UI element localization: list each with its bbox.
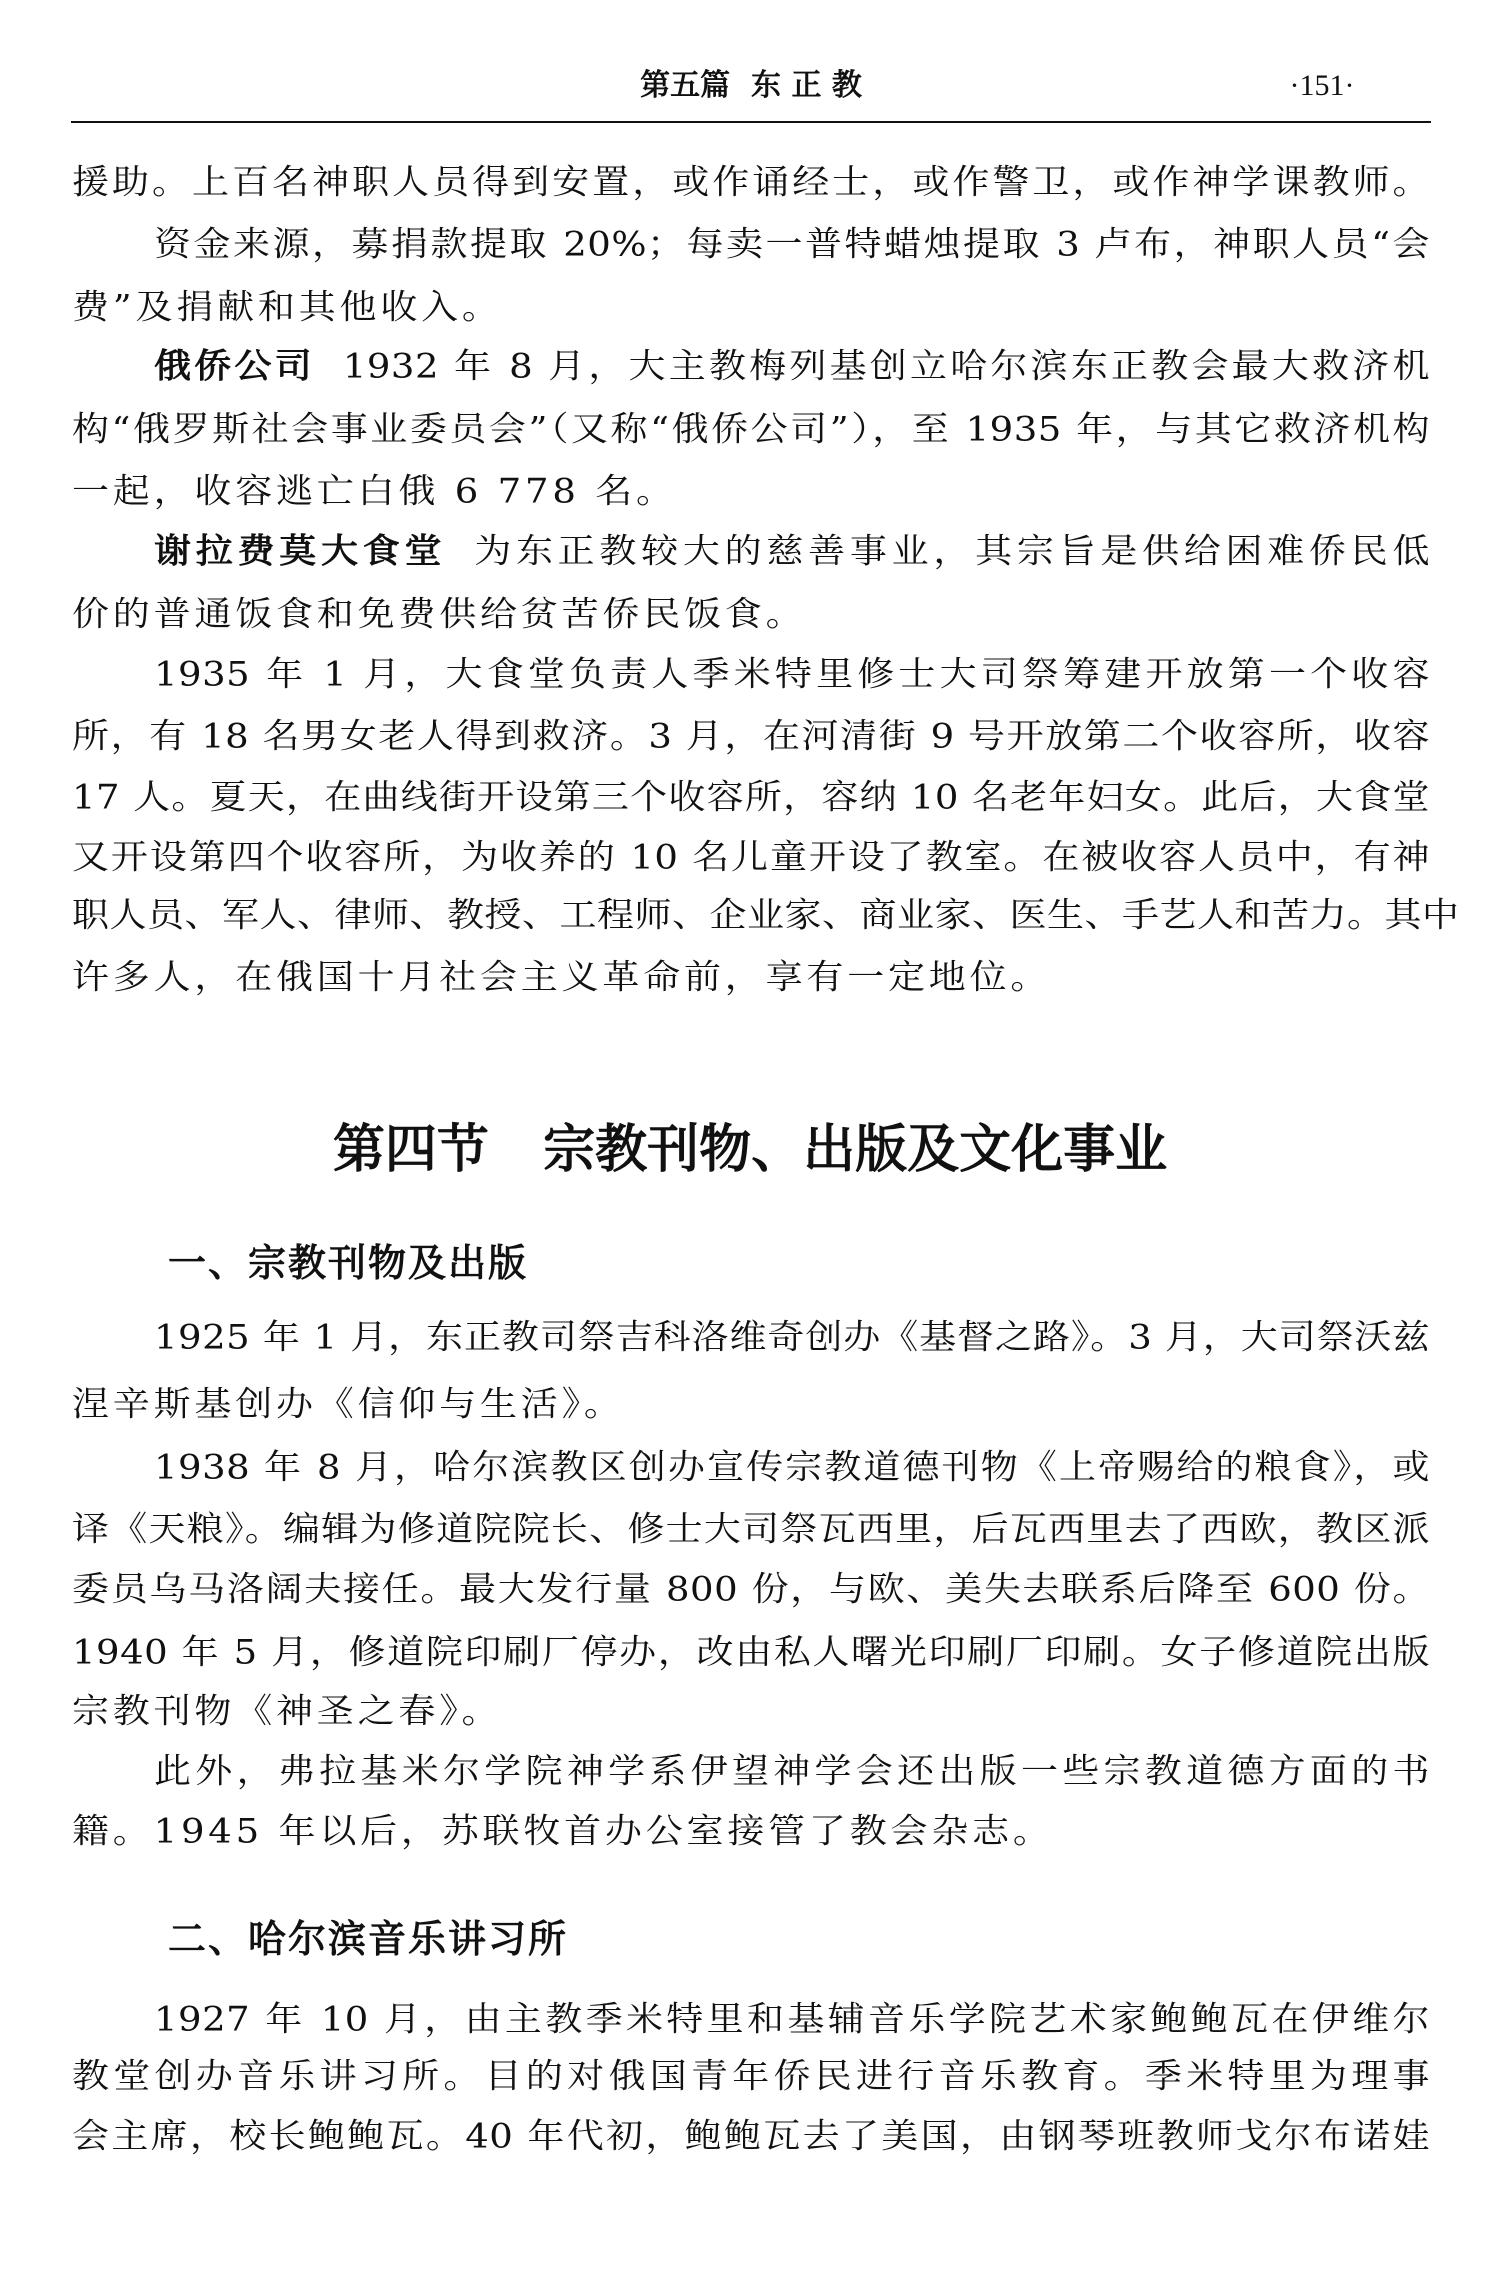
text-line: 此外，弗拉基米尔学院神学系伊望神学会还出版一些宗教道德方面的书 [154,1751,1430,1791]
text-line: 构“俄罗斯社会事业委员会”（又称“俄侨公司”），至 1935 年，与其它救济机构 [72,409,1430,449]
text-line: 谢拉费莫大食堂为东正教较大的慈善事业，其宗旨是供给困难侨民低 [154,531,1430,571]
text-line: 一起，收容逃亡白俄 6 778 名。 [72,471,1430,511]
run-in-term: 谢拉费莫大食堂 [154,531,446,571]
text-line: 又开设第四个收容所，为收养的 10 名儿童开设了教室。在被收容人员中，有神 [72,837,1430,877]
text-line: 1927 年 10 月，由主教季米特里和基辅音乐学院艺术家鲍鲍瓦在伊维尔 [154,1999,1430,2039]
subsection-heading: 二、哈尔滨音乐讲习所 [168,1915,568,1963]
text-line: 涅辛斯基创办《信仰与生活》。 [72,1384,1430,1424]
text-line: 教堂创办音乐讲习所。目的对俄国青年侨民进行音乐教育。季米特里为理事 [72,2056,1430,2096]
text-line: 所，有 18 名男女老人得到救济。3 月，在河清街 9 号开放第二个收容所，收容 [72,716,1430,756]
page-number: ·151· [1262,66,1382,106]
run-in-term: 俄侨公司 [154,346,315,386]
text-line: 费”及捐献和其他收入。 [72,287,1430,327]
running-title: 第五篇 东 正 教 [610,66,892,106]
text-line: 许多人，在俄国十月社会主义革命前，享有一定地位。 [72,957,1430,997]
text-line: 宗教刊物《神圣之春》。 [72,1691,1430,1731]
text-line: 1935 年 1 月，大食堂负责人季米特里修士大司祭筹建开放第一个收容 [154,654,1430,694]
text-line: 价的普通饭食和免费供给贫苦侨民饭食。 [72,594,1430,634]
text-line: 1940 年 5 月，修道院印刷厂停办，改由私人曙光印刷厂印刷。女子修道院出版 [72,1632,1430,1672]
text-line: 会主席，校长鲍鲍瓦。40 年代初，鲍鲍瓦去了美国，由钢琴班教师戈尔布诺娃 [72,2116,1430,2156]
book-page: 第五篇 东 正 教 ·151· 援助。上百名神职人员得到安置，或作诵经士，或作警… [0,0,1500,2291]
text-line: 1925 年 1 月，东正教司祭吉科洛维奇创办《基督之路》。3 月，大司祭沃兹 [154,1317,1430,1357]
header-rule [71,121,1431,123]
text-line: 译《天粮》。编辑为修道院院长、修士大司祭瓦西里，后瓦西里去了西欧，教区派 [72,1509,1430,1549]
text-line: 资金来源，募捐款提取 20%；每卖一普特蜡烛提取 3 卢布，神职人员“会 [154,224,1430,264]
section-title: 第四节 宗教刊物、出版及文化事业 [300,1118,1200,1182]
text-line: 俄侨公司1932 年 8 月，大主教梅列基创立哈尔滨东正教会最大救济机 [154,346,1430,386]
text-line: 援助。上百名神职人员得到安置，或作诵经士，或作警卫，或作神学课教师。 [72,162,1430,202]
text-line: 17 人。夏天，在曲线街开设第三个收容所，容纳 10 名老年妇女。此后，大食堂 [72,777,1430,817]
text-line: 1938 年 8 月，哈尔滨教区创办宣传宗教道德刊物《上帝赐给的粮食》，或 [154,1447,1430,1487]
text-line: 委员乌马洛阔夫接任。最大发行量 800 份，与欧、美失去联系后降至 600 份。 [72,1569,1430,1609]
text-line: 职人员、军人、律师、教授、工程师、企业家、商业家、医生、手艺人和苦力。其中 [72,895,1430,935]
subsection-heading: 一、宗教刊物及出版 [168,1239,528,1287]
text-line: 籍。1945 年以后，苏联牧首办公室接管了教会杂志。 [72,1811,1430,1851]
